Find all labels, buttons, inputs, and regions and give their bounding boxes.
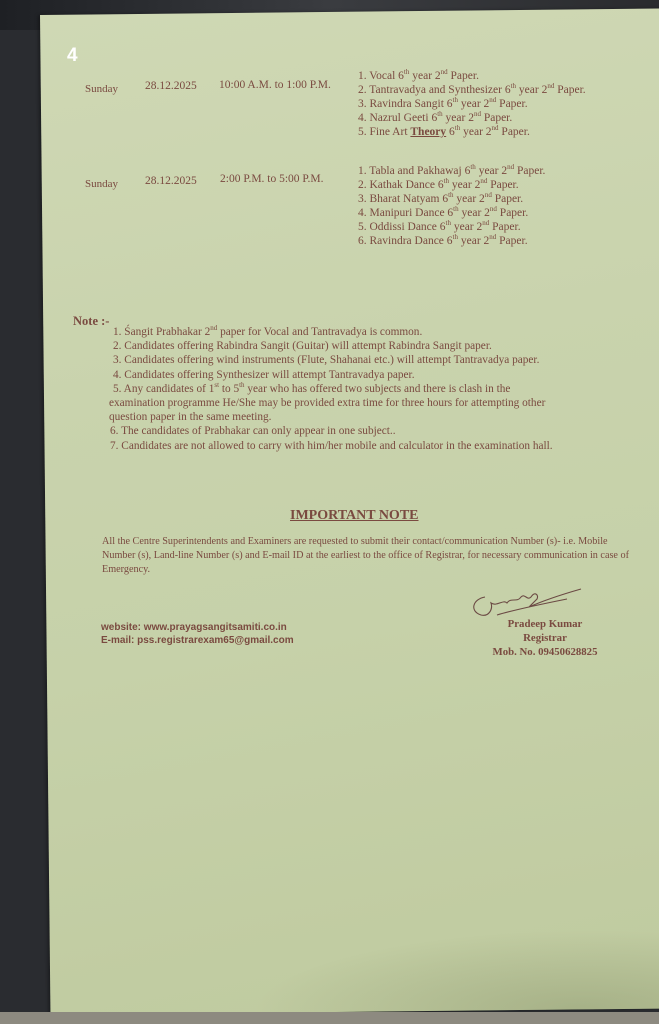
paper-item: 4. Manipuri Dance 6th year 2nd Paper. [358, 206, 545, 220]
paper-item: 2. Tantravadya and Synthesizer 6th year … [358, 83, 586, 97]
session-day: Sunday [85, 178, 118, 190]
note-item: question paper in the same meeting. [109, 410, 633, 424]
session-time: 10:00 A.M. to 1:00 P.M. [219, 79, 331, 91]
session-day: Sunday [85, 83, 118, 95]
signatory-mobile: Mob. No. 09450628825 [490, 645, 600, 659]
paper-item: 4. Nazrul Geeti 6th year 2nd Paper. [358, 111, 586, 125]
note-item: 1. Śangit Prabhakar 2nd paper for Vocal … [113, 325, 633, 339]
photo-floor [0, 1012, 659, 1024]
note-item: 4. Candidates offering Synthesizer will … [113, 368, 633, 382]
note-item: 6. The candidates of Prabhakar can only … [110, 424, 633, 438]
note-item: examination programme He/She may be prov… [109, 396, 633, 410]
paper-item: 6. Ravindra Dance 6th year 2nd Paper. [358, 234, 545, 248]
signatory-designation: Registrar [490, 631, 600, 645]
session-time: 2:00 P.M. to 5:00 P.M. [220, 173, 324, 185]
note-list: 1. Śangit Prabhakar 2nd paper for Vocal … [113, 325, 633, 453]
note-item: 2. Candidates offering Rabindra Sangit (… [113, 339, 633, 353]
page-number: 4 [67, 45, 78, 67]
website-link[interactable]: website: www.prayagsangitsamiti.co.in [101, 621, 294, 634]
paper-item: 1. Tabla and Pakhawaj 6th year 2nd Paper… [358, 164, 545, 178]
paper-item: 1. Vocal 6th year 2nd Paper. [358, 69, 586, 83]
signature-mark [467, 585, 582, 621]
note-heading: Note :- [73, 314, 109, 329]
paper-item: 3. Bharat Natyam 6th year 2nd Paper. [358, 192, 545, 206]
paper-item: 5. Oddissi Dance 6th year 2nd Paper. [358, 220, 545, 234]
signatory-name: Pradeep Kumar [490, 617, 600, 631]
session-date: 28.12.2025 [145, 80, 197, 92]
note-item: 3. Candidates offering wind instruments … [113, 353, 633, 367]
email-link[interactable]: E-mail: pss.registrarexam65@gmail.com [101, 634, 294, 647]
paper-item: 2. Kathak Dance 6th year 2nd Paper. [358, 178, 545, 192]
paper-list: 1. Tabla and Pakhawaj 6th year 2nd Paper… [358, 164, 545, 248]
important-note-heading: IMPORTANT NOTE [290, 508, 419, 524]
paper-list: 1. Vocal 6th year 2nd Paper.2. Tantravad… [358, 69, 586, 139]
paper-item: 5. Fine Art Theory 6th year 2nd Paper. [358, 125, 586, 139]
paper-item: 3. Ravindra Sangit 6th year 2nd Paper. [358, 97, 586, 111]
note-item: 5. Any candidates of 1st to 5th year who… [113, 382, 633, 396]
contact-block: website: www.prayagsangitsamiti.co.in E-… [101, 621, 294, 647]
note-item: 7. Candidates are not allowed to carry w… [110, 439, 633, 453]
signatory-block: Pradeep Kumar Registrar Mob. No. 0945062… [490, 617, 600, 659]
important-note-body: All the Centre Superintendents and Exami… [102, 535, 642, 577]
session-date: 28.12.2025 [145, 175, 197, 187]
